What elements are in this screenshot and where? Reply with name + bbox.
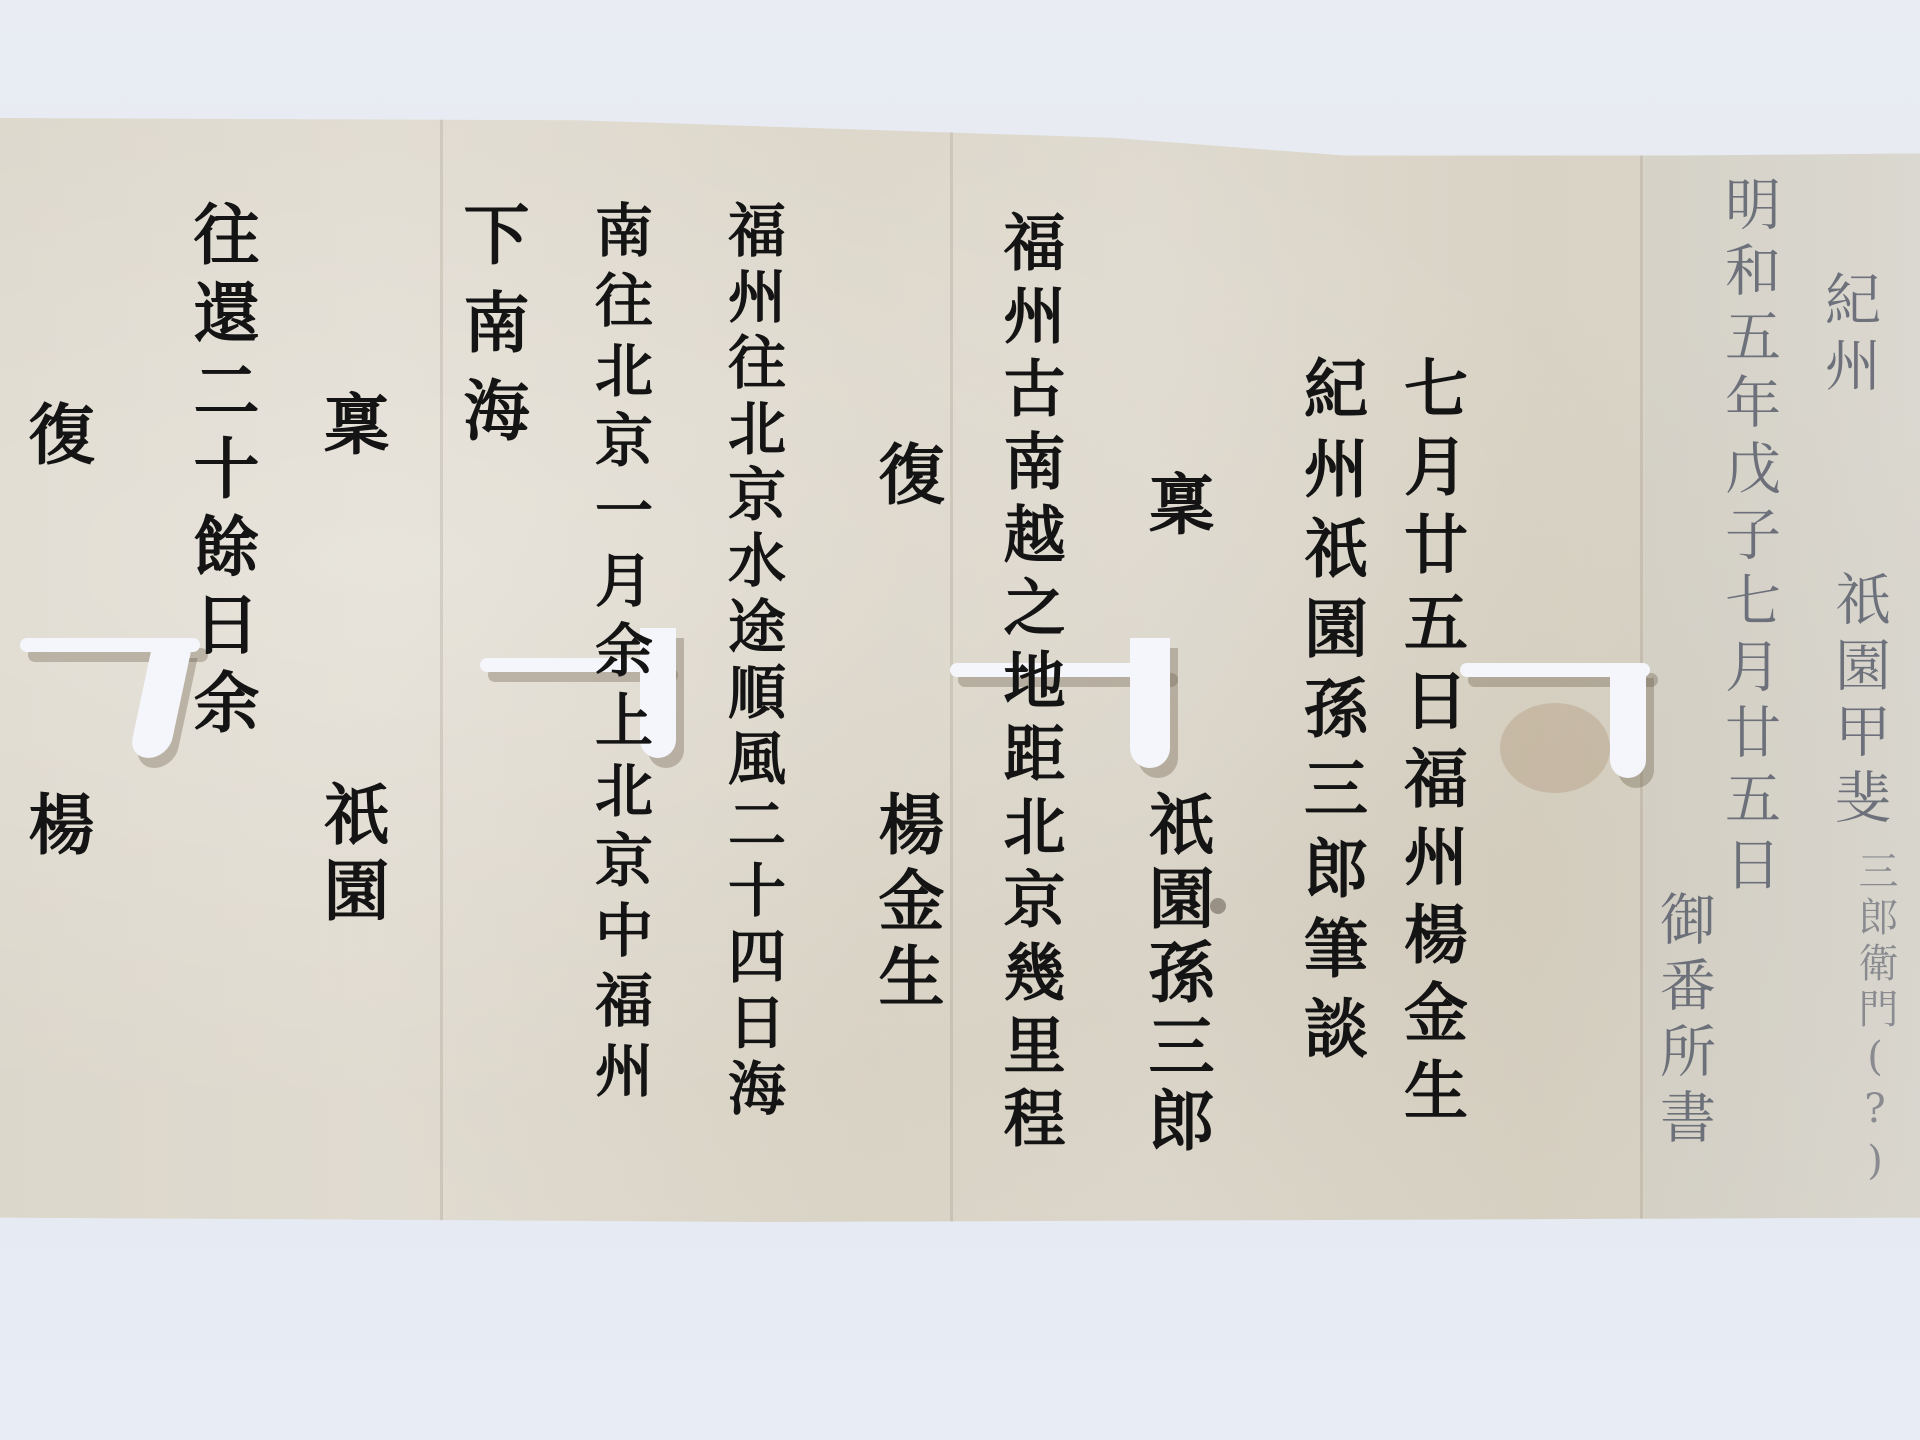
text-column: 七月廿五日福州楊金生 [1398, 355, 1462, 1135]
text-column: 往還二十餘日余 [188, 200, 254, 746]
document-paper [0, 118, 1920, 1222]
text-column-signature: 祇園孫三郎 [1143, 790, 1209, 1160]
fold-line [440, 118, 443, 1222]
endorsement-date: 明和五年戊子七月廿五日 [1720, 175, 1776, 901]
text-column-signature: 祇園 [318, 780, 384, 932]
tear-hole [1130, 638, 1170, 768]
text-column-signature: 楊金生 [873, 790, 939, 1018]
text-column: 福州古南越之地距北京幾里程 [998, 210, 1060, 1159]
text-column: 福州往北京水途順風二十四日海 [723, 200, 781, 1124]
tear-hole [1610, 668, 1646, 778]
endorsement-line: 祇園甲斐 [1830, 570, 1886, 834]
text-column: 紀州祇園孫三郎筆談 [1298, 355, 1362, 1075]
water-stain [1500, 703, 1610, 793]
text-column-heading: 復 [873, 440, 939, 520]
endorsement-line: 紀州 [1820, 270, 1876, 402]
endorsement-note: 三郎衛門(?) [1855, 850, 1895, 1190]
text-column: 南往北京一月余上北京中福州 [590, 200, 648, 1110]
endorsement-signature: 御番所書 [1655, 890, 1711, 1154]
text-column-signature: 楊 [23, 790, 89, 870]
text-column: 下南海 [458, 200, 524, 464]
text-column-heading: 復 [23, 400, 89, 480]
text-column-heading: 稟 [1143, 470, 1209, 550]
text-column-heading: 稟 [318, 390, 384, 470]
